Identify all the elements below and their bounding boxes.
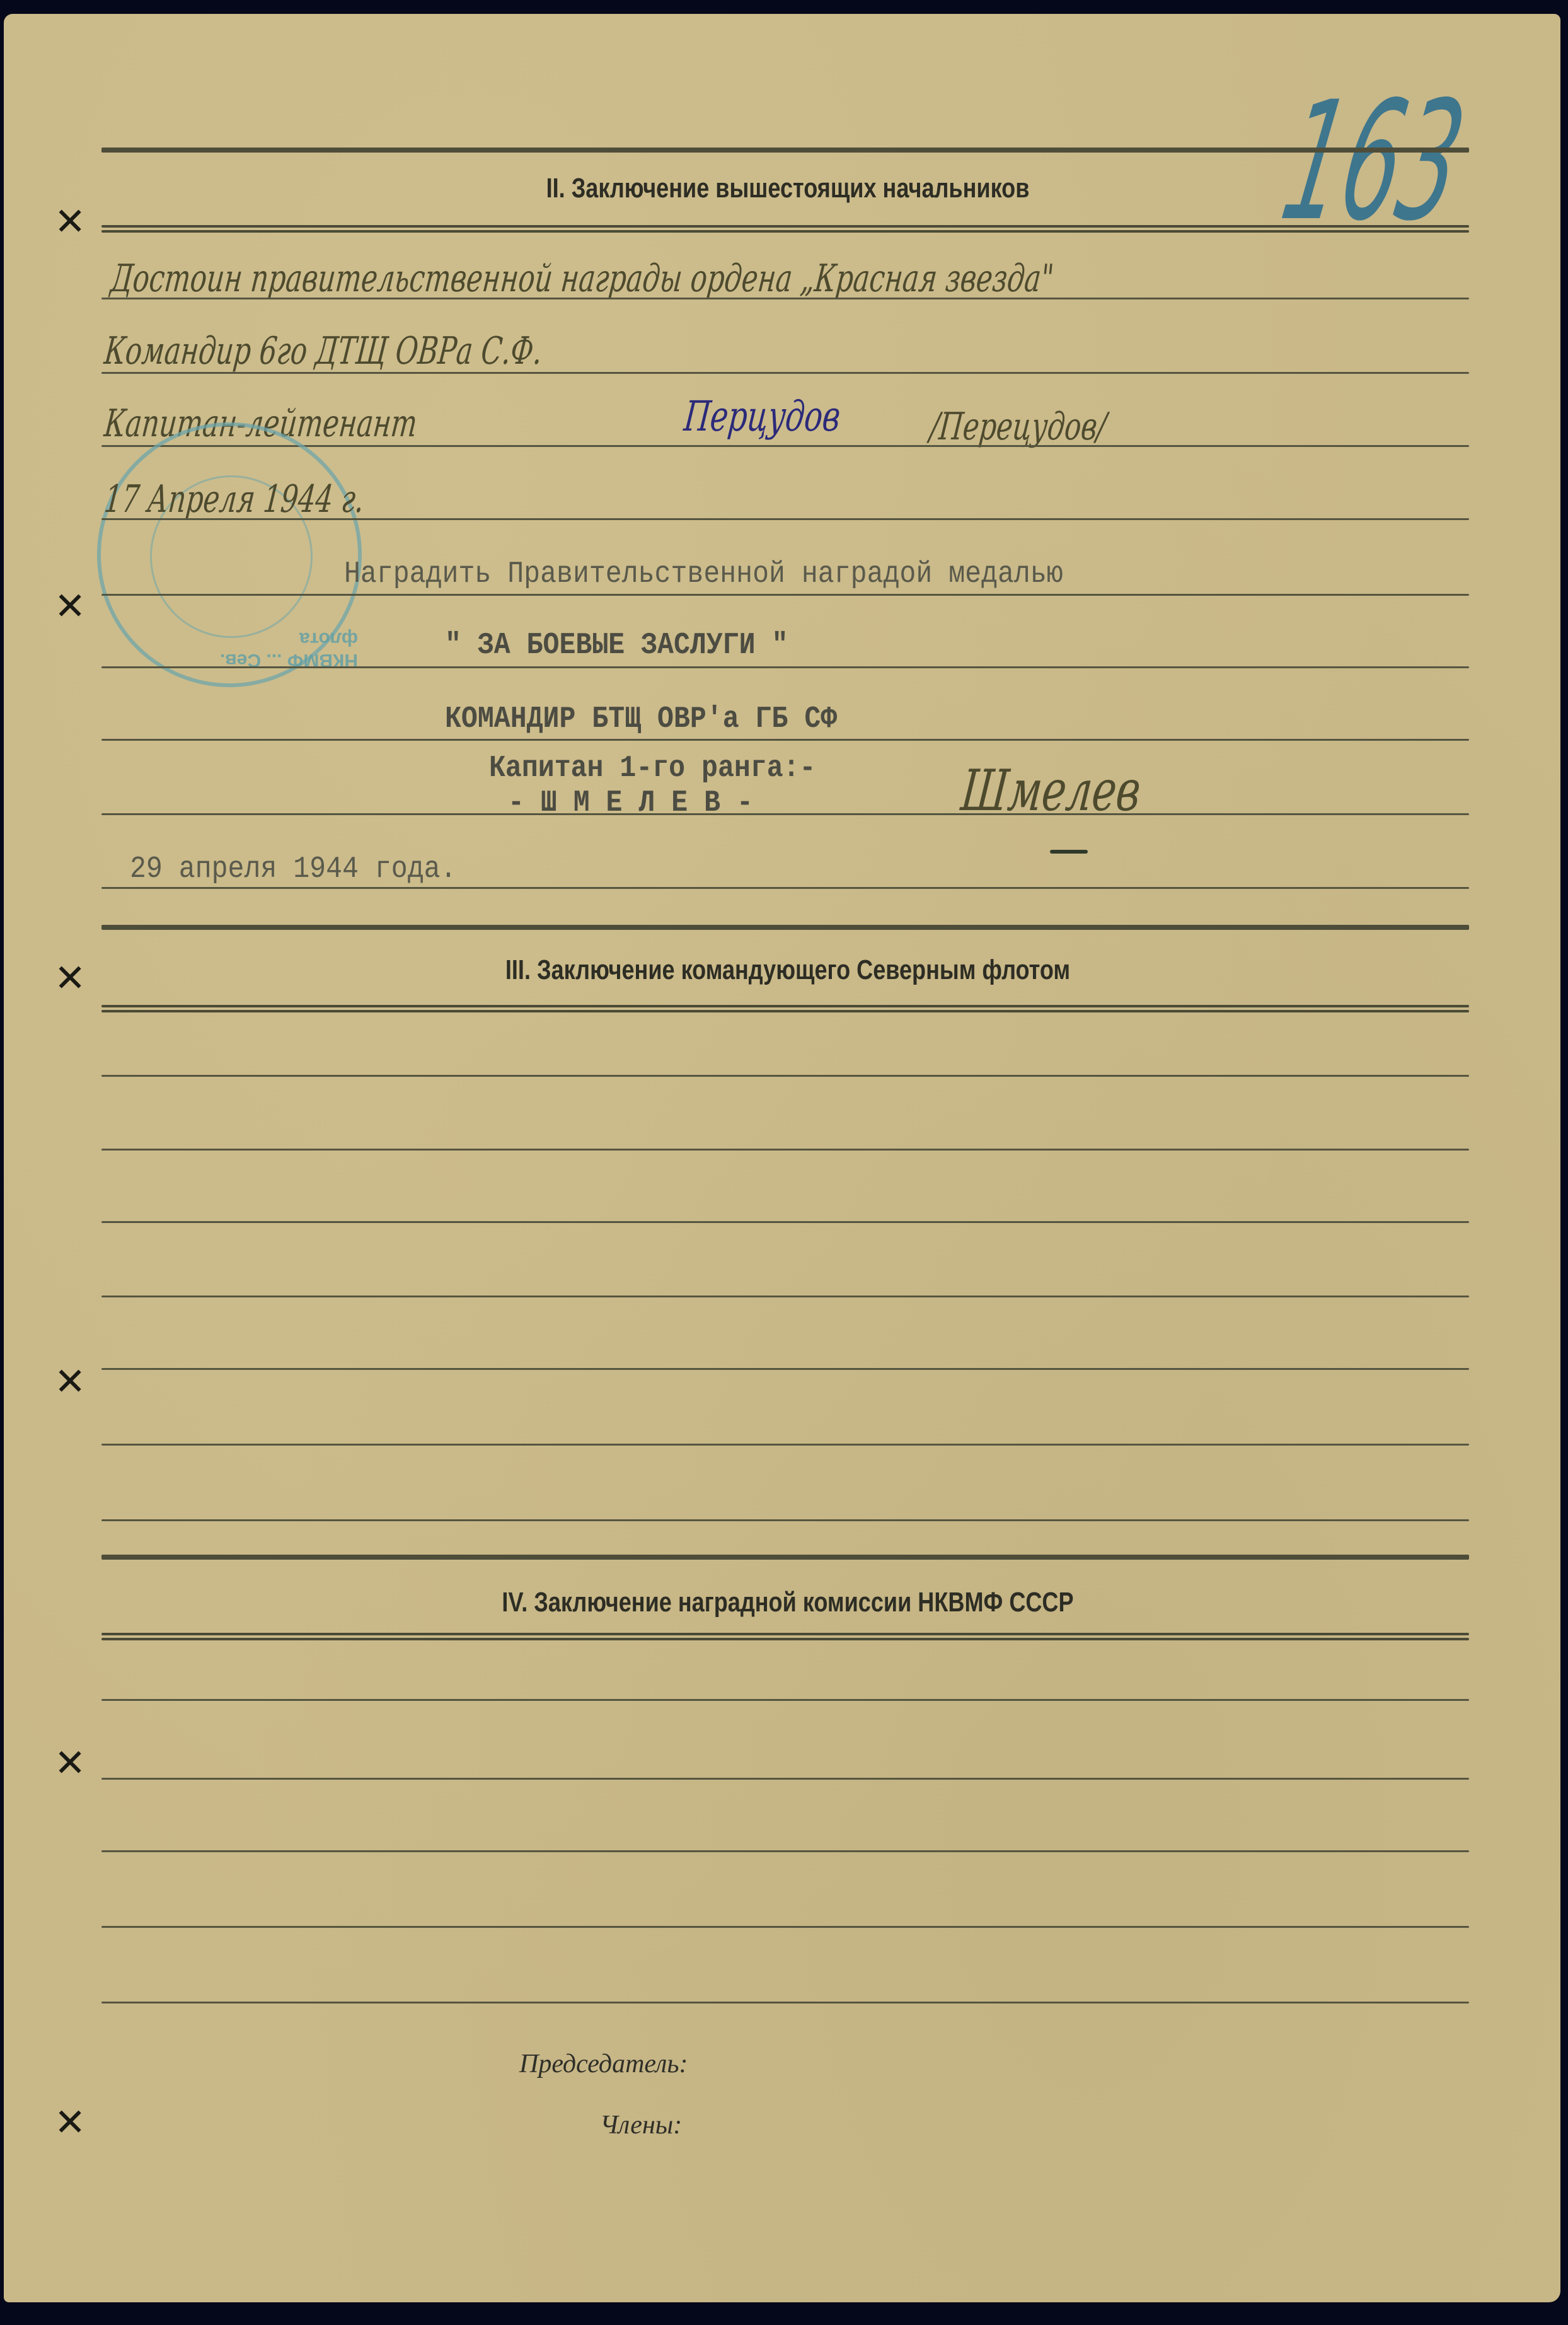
form-line [101,372,1469,374]
typed-medal-name: " ЗА БОЕВЫЕ ЗАСЛУГИ " [445,629,788,663]
form-line [101,739,1469,741]
form-line [101,2002,1469,2003]
form-line [101,1699,1469,1701]
typed-commander-title: КОМАНДИР БТЩ ОВР'а ГБ СФ [445,702,837,736]
section-4-title: IV. Заключение наградной комиссии НКВМФ … [145,1587,1431,1618]
handwritten-line-2: Командир 6го ДТЩ ОВРа С.Ф. [102,329,544,373]
punch-hole-icon: ✕ [54,960,86,997]
section-divider [101,1005,1469,1007]
form-line [101,1296,1469,1297]
form-line [101,594,1469,596]
form-line [101,1221,1469,1223]
form-line [101,1778,1469,1780]
punch-hole-icon: ✕ [54,588,86,625]
section-3-title: III. Заключение командующего Северным фл… [145,954,1431,986]
handwritten-date: 17 Апреля 1944 г. [102,477,366,521]
stamp-text: НКВМФ ... Сев. флота [170,628,358,671]
punch-hole-icon: ✕ [54,203,86,241]
handwritten-name: /Перецудов/ [928,405,1108,449]
section-divider [101,1633,1469,1635]
form-line [101,1075,1469,1077]
section-divider [101,1555,1469,1560]
form-line [101,1368,1469,1370]
section-divider [101,225,1469,228]
document-page: 163 ✕ ✕ ✕ ✕ ✕ ✕ II. Заключение вышестоящ… [4,14,1560,2302]
form-line [101,1519,1469,1521]
punch-hole-icon: ✕ [54,1363,86,1401]
form-line [101,887,1469,889]
signature-stroke [1050,850,1088,854]
section-2-title: II. Заключение вышестоящих начальников [145,173,1431,204]
form-line [101,666,1469,668]
members-label: Члены: [600,2110,682,2140]
typed-date: 29 апреля 1944 года. [130,852,456,886]
typed-award-line: Наградить Правительственной наградой мед… [344,557,1063,591]
punch-hole-icon: ✕ [54,2104,86,2142]
form-line [101,1926,1469,1928]
blue-signature: Перцудов [682,392,843,441]
handwritten-line-1: Достоин правительственной награды ордена… [108,257,1056,301]
form-line [101,298,1469,299]
section-divider [101,925,1469,930]
form-line [101,518,1469,520]
chairman-label: Председатель: [519,2049,688,2079]
section-divider [101,148,1469,153]
form-line [101,1444,1469,1446]
punch-hole-icon: ✕ [54,1744,86,1782]
official-stamp: НКВМФ ... Сев. флота [97,422,362,687]
form-line [101,1149,1469,1151]
typed-rank: Капитан 1-го ранга:- [489,751,816,786]
form-line [101,1850,1469,1852]
page-number-annotation: 163 [1273,80,1474,244]
form-line [101,813,1469,815]
